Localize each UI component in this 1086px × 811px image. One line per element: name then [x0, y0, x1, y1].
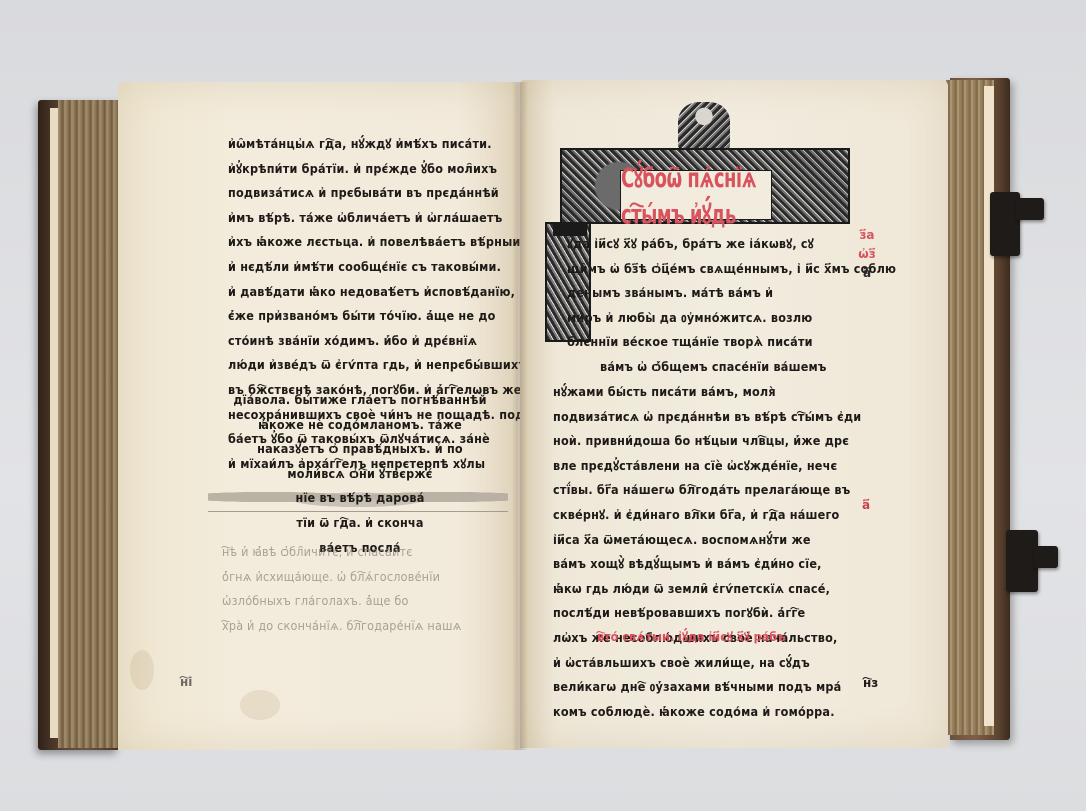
text-line: комъ соблюдѐ. ꙗ҆́коже содо́ма и҆ гомо́рр…: [553, 700, 865, 725]
margin-reading-note-lower: а҃: [862, 498, 870, 512]
margin-note-line: ѡ҆з҃: [852, 245, 882, 264]
text-line: и҆ ѡ҆ста́вльшихъ своѐ жили́ще, на сꙋ́дъ: [553, 651, 865, 676]
text-line: ва́мъ хощꙋ̀ вѣдꙋ́щымъ и҆ ва́мъ є҆ди́но с…: [553, 552, 865, 577]
text-line: послѣ́ди невѣ́ровавшихъ погꙋбѝ. а҆́гг҇е: [553, 601, 865, 626]
text-line: ми́ръ и҆ любы̀ да ᲂу҆мно́житсѧ. возлю: [567, 306, 857, 331]
text-line: і҆и҃са х҃а ѿмета́ющесѧ. воспомѧнꙋ́ти же: [553, 528, 865, 553]
right-page-opening-text: ꙋ́да і҆и҃сꙋ х҃ꙋ ра́бъ, бра́тъ же і҆а́кѡв…: [567, 232, 857, 355]
text-line: щи̑мъ ѡ҆ бз҃ѣ ѻ҆ц҃е́мъ свѧще́ннымъ, і҆ и…: [567, 257, 857, 282]
text-line: и҆ нєдѣ́ли и҆мѣ́ти сообщє́нїє съ таковы́…: [228, 255, 508, 280]
text-line: х҇ра̀ и҆ до сконча́нїѧ. бл҇годаре́нїѧ на…: [222, 614, 512, 639]
text-line: ѡ҆зло́бныхъ гла́голахъ. а҆́ще бо: [222, 589, 512, 614]
book-gutter: [512, 82, 528, 750]
folio-number-left: н҇і: [180, 675, 192, 689]
text-line: и҆ꙋ҆крѣпи́ти бра́тїи. и҆ прє́жде ꙋ҆бо мо…: [228, 157, 508, 182]
text-line: стї́вы. бг҃а на́шегѡ бл҇года́ть прелага́…: [553, 478, 865, 503]
headpiece-title-frame: Сꙋ́боѿ пѧ́снїѧ ст҇ы́мъ и҆ꙋ́дь: [620, 170, 772, 220]
right-page-body: нꙋ́жами бы́сть писа́ти ва́мъ, моля̀ подв…: [553, 380, 865, 724]
page-edge-right-light: [984, 86, 994, 726]
folio-number-right: н҇з: [863, 676, 878, 690]
text-line: ва́мъ ѡ҆ ѻ҆́бщемъ спасе́нїи ва́шемъ: [600, 355, 860, 380]
text-line: и҆ давѣ́дати ꙗ҆́ко недоваѣ́етъ и҆сповѣ́д…: [228, 280, 508, 305]
text-line: ꙗ҆́коже нѐ содо́мланомъ. та́же: [210, 413, 510, 438]
margin-note-line: а҃: [852, 264, 882, 283]
upper-clasp-tab: [1016, 198, 1044, 220]
text-line: вели́кагѡ дне҇ ᲂу҆́захами вѣ́чными подъ …: [553, 675, 865, 700]
margin-note-line: з҃а: [852, 226, 882, 245]
chapter-title: Сꙋ́боѿ пѧ́снїѧ ст҇ы́мъ и҆ꙋ́дь: [621, 159, 771, 232]
show-through-text: н҇ѣ и҆ ꙗ҆́вѣ ѻ҆бл҄ичи́тє, и҆ спаса́йтє о…: [222, 540, 512, 638]
text-line: сто́инѣ зва́нїи хо́димъ. и҆́бо и҆ дрє́вн…: [228, 329, 508, 354]
text-line: ноѝ. привни́доша бо нѣ́цыи члв҇цы, и҆́же…: [553, 429, 865, 454]
text-line: наказꙋ́етъ ѻ҆ правѣ́дныхъ. и҆ по: [210, 437, 510, 462]
text-line: де́нымъ зва́нымъ. ма́тѣ ва́мъ и҆: [567, 281, 857, 306]
text-line: ꙗ҆́кѡ гдь лю́ди ѿ земли̑ є҆гѵ́петскїѧ сп…: [553, 577, 865, 602]
text-line: блє́ннїи ве́ское тща́нїе творѧ̀ писа́ти: [567, 330, 857, 355]
text-line: подвиза́тисѧ и҆ прєбыва́ти въ прєда́ннѣй: [228, 181, 508, 206]
text-line: тїи ѿ гд҇а. и҆ сконча: [210, 511, 510, 536]
text-line: и҆ѡ̑мѣта́нцы҆ѧ гд҇а, нꙋ́ждꙋ и҆мѣ́хъ писа…: [228, 132, 508, 157]
text-line: нꙋ́жами бы́сть писа́ти ва́мъ, моля̀: [553, 380, 865, 405]
paper-stain: [130, 650, 154, 690]
page-block-edge-left: [58, 100, 118, 748]
text-line: нїе въ вѣ́рѣ дарова́: [210, 486, 510, 511]
text-line: ꙋ́да і҆и҃сꙋ х҃ꙋ ра́бъ, бра́тъ же і҆а́кѡв…: [567, 232, 857, 257]
text-line: н҇ѣ и҆ ꙗ҆́вѣ ѻ҆бл҄ичи́тє, и҆ спаса́йтє: [222, 540, 512, 565]
rubric-footer-red: в҇то́ свѧ́тыи. і҆ꙋ́да і҆и҃сꙋ х҃ꙋ ра́бъ: [597, 628, 786, 645]
text-line: и҆мъ вѣ́рѣ. та́же ѡ҆блича́етъ и҆ ѡ҆гла́ш…: [228, 206, 508, 231]
text-line: вле прєдꙋ҆ста́влени на сїѐ ѡ҆сꙋжде́нїе, …: [553, 454, 865, 479]
lower-clasp-tab: [1034, 546, 1058, 568]
headpiece-crown-ornament: [678, 102, 730, 150]
text-line: скве́рнꙋ. и҆ є҆ди́наго вл҇ки бг҃а, и҆ гд…: [553, 503, 865, 528]
text-line: и҆хъ ꙗ҆́коже лєстьца. и҆ повелѣва́етъ вѣ…: [228, 230, 508, 255]
text-line: подвиза́тисѧ ѡ҆ прєда́ннѣи въ вѣ́рѣ ст҇ы…: [553, 405, 865, 430]
paper-stain: [240, 690, 280, 720]
right-page-opening-text-last: ва́мъ ѡ҆ ѻ҆́бщемъ спасе́нїи ва́шемъ: [600, 355, 860, 380]
text-line: о҆́гнѧ и҆схища́юще. ѡ҆ бл҇ѧ́гослове́нїи: [222, 565, 512, 590]
margin-reading-note: з҃а ѡ҆з҃ а҃: [852, 226, 882, 283]
text-line: лю́ди и҆зве́дъ ѿ є҆гѵ́пта гдь, и҆ непрєб…: [228, 353, 508, 378]
text-line: є҆́же при҆звано́мъ бы́ти то́чїю. а҆́ще н…: [228, 304, 508, 329]
text-line: моли́всѧ ѻ҆н҇и ꙋ҆твєржє́: [210, 462, 510, 487]
left-page-tapered-ending: дїа́вола. бы́тиже гла́етъ погнѣ́ваннѣй ꙗ…: [210, 388, 510, 560]
text-line: дїа́вола. бы́тиже гла́етъ погнѣ́ваннѣй: [210, 388, 510, 413]
